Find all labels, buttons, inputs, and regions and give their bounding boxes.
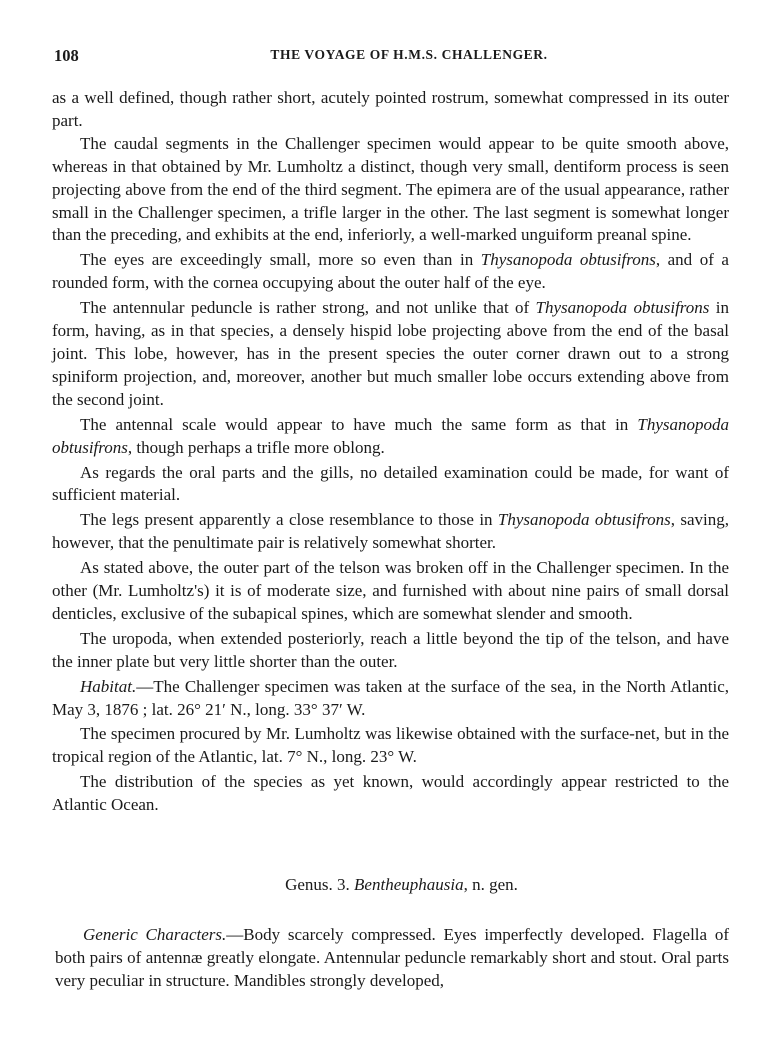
paragraph: The caudal segments in the Challenger sp… (52, 133, 729, 248)
paragraph: as a well defined, though rather short, … (52, 87, 729, 133)
running-header: 108 THE VOYAGE OF H.M.S. CHALLENGER. (53, 40, 729, 64)
running-title: THE VOYAGE OF H.M.S. CHALLENGER. (53, 47, 729, 63)
genus-heading: Genus. 3. Bentheuphausia, n. gen. (52, 875, 729, 895)
genus-name: Bentheuphausia (354, 875, 464, 894)
paragraph: Generic Characters.—Body scarcely compre… (55, 923, 729, 992)
paragraph: As regards the oral parts and the gills,… (52, 462, 729, 508)
habitat-label: Habitat. (80, 677, 136, 696)
species-name: Thysanopoda obtusifrons (536, 298, 710, 317)
paragraph: As stated above, the outer part of the t… (52, 557, 729, 626)
paragraph: The uropoda, when extended posteriorly, … (52, 628, 729, 674)
generic-characters-label: Generic Characters. (83, 925, 226, 944)
species-name: Thysanopoda obtusifrons (481, 250, 656, 269)
document-page: 108 THE VOYAGE OF H.M.S. CHALLENGER. as … (0, 0, 776, 1050)
paragraph: The distribution of the species as yet k… (52, 771, 729, 817)
generic-characters: Generic Characters.—Body scarcely compre… (55, 923, 729, 992)
paragraph: The antennular peduncle is rather strong… (52, 297, 729, 412)
habitat-paragraph: Habitat.—The Challenger specimen was tak… (52, 676, 729, 722)
species-name: Thysanopoda obtusifrons (498, 510, 671, 529)
paragraph: The specimen procured by Mr. Lumholtz wa… (52, 723, 729, 769)
paragraph: The legs present apparently a close rese… (52, 509, 729, 555)
body-text: as a well defined, though rather short, … (52, 87, 729, 817)
paragraph: The eyes are exceedingly small, more so … (52, 249, 729, 295)
paragraph: The antennal scale would appear to have … (52, 414, 729, 460)
